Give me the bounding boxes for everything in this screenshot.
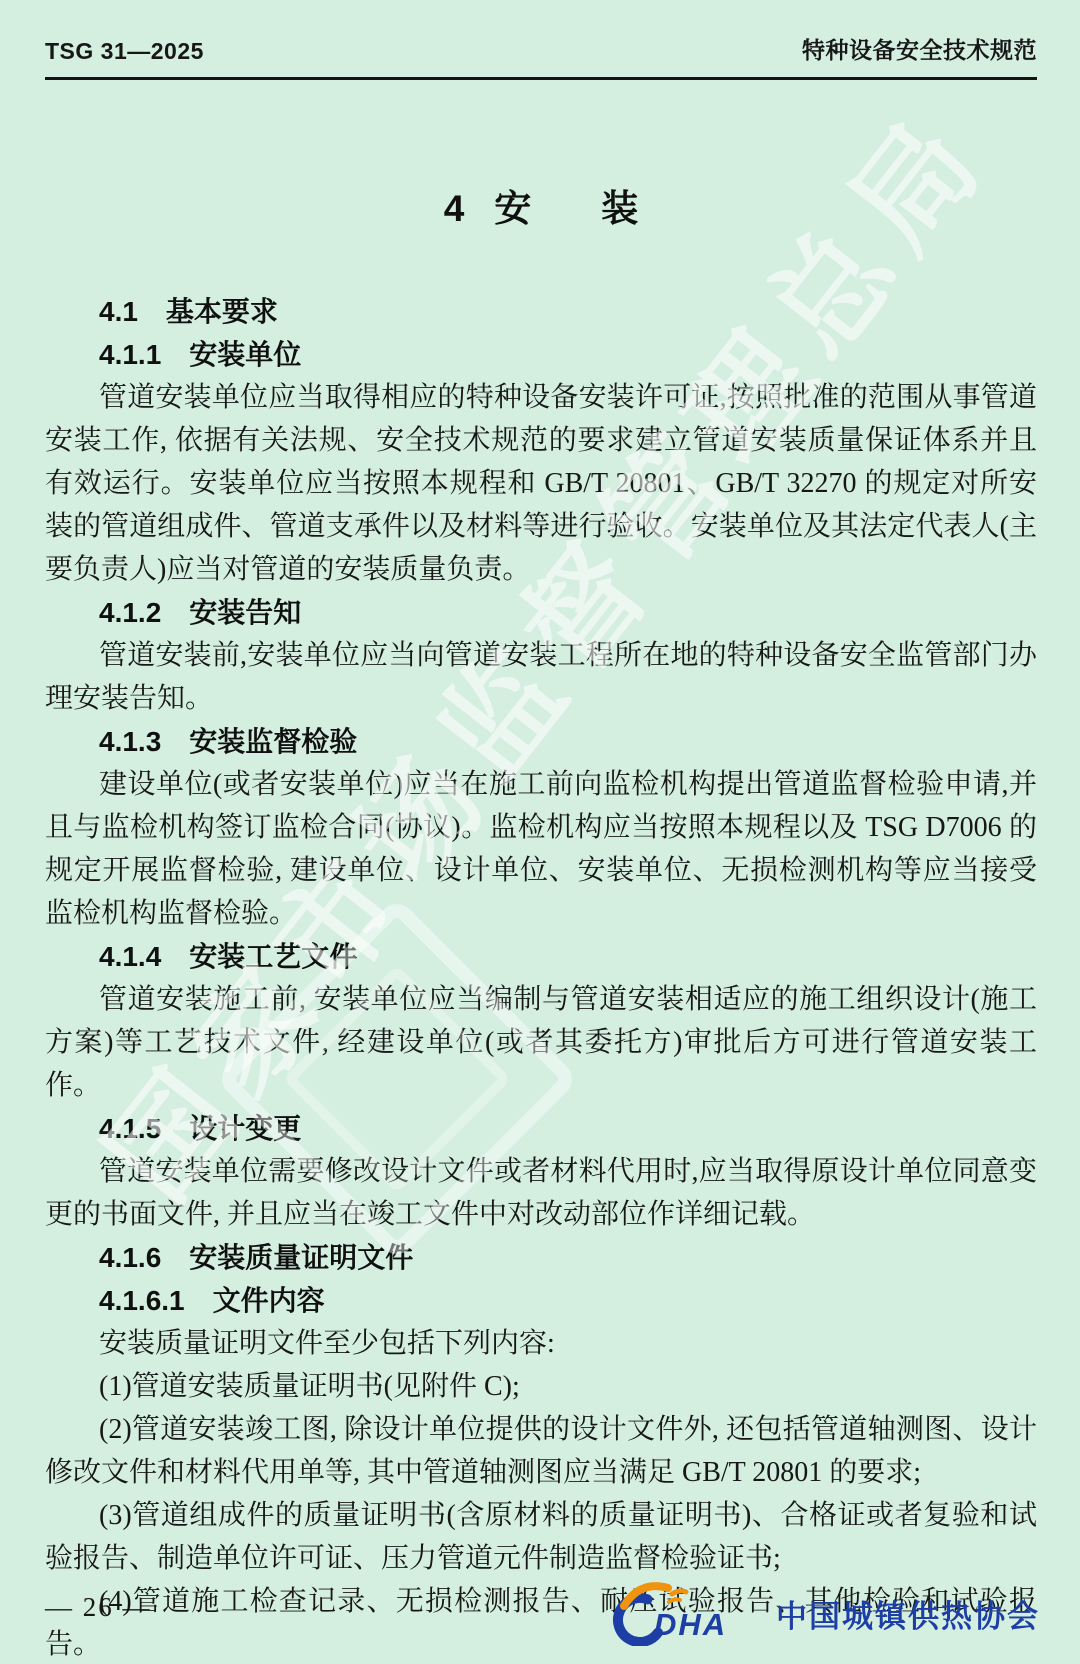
- chapter-number: 4: [444, 188, 465, 230]
- paragraph: 管道安装前,安装单位应当向管道安装工程所在地的特种设备安全监管部门办理安装告知。: [45, 634, 1037, 720]
- paragraph: 管道安装单位需要修改设计文件或者材料代用时,应当取得原设计单位同意变更的书面文件…: [45, 1150, 1037, 1236]
- section-heading: 4.1.5 设计变更: [45, 1107, 1037, 1150]
- paragraph: (3)管道组成件的质量证明书(含原材料的质量证明书)、合格证或者复验和试验报告、…: [45, 1494, 1037, 1580]
- document-page: TSG 31—2025 特种设备安全技术规范 4 安 装 4.1 基本要求4.1…: [0, 0, 1080, 1664]
- section-heading: 4.1.6 安装质量证明文件: [45, 1236, 1037, 1279]
- section-heading: 4.1 基本要求: [45, 290, 1037, 333]
- chapter-title-char-2: 装: [601, 178, 638, 232]
- section-heading: 4.1.4 安装工艺文件: [45, 935, 1037, 978]
- page-header: TSG 31—2025 特种设备安全技术规范: [45, 32, 1037, 80]
- paragraph: 安装质量证明文件至少包括下列内容:: [45, 1322, 1037, 1365]
- header-doc-type: 特种设备安全技术规范: [802, 32, 1037, 65]
- dha-logo-icon: DHA: [610, 1580, 768, 1646]
- chapter-title-char-1: 安: [494, 178, 531, 232]
- document-body: 4 安 装 4.1 基本要求4.1.1 安装单位管道安装单位应当取得相应的特种设…: [45, 80, 1037, 1664]
- section-heading: 4.1.6.1 文件内容: [45, 1279, 1037, 1322]
- paragraph: 管道安装施工前, 安装单位应当编制与管道安装相适应的施工组织设计(施工方案)等工…: [45, 978, 1037, 1107]
- paragraph: 管道安装单位应当取得相应的特种设备安装许可证,按照批准的范围从事管道安装工作, …: [45, 376, 1037, 591]
- association-name: 中国城镇供热协会: [776, 1591, 1040, 1636]
- chapter-title: 4 安 装: [45, 178, 1037, 232]
- header-doc-code: TSG 31—2025: [45, 38, 204, 65]
- association-logo: DHA 中国城镇供热协会: [610, 1580, 1040, 1646]
- paragraph: (2)管道安装竣工图, 除设计单位提供的设计文件外, 还包括管道轴测图、设计修改…: [45, 1408, 1037, 1494]
- section-heading: 4.1.3 安装监督检验: [45, 720, 1037, 763]
- paragraph: 建设单位(或者安装单位)应当在施工前向监检机构提出管道监督检验申请,并且与监检机…: [45, 763, 1037, 935]
- dha-acronym: DHA: [654, 1607, 727, 1642]
- section-heading: 4.1.2 安装告知: [45, 591, 1037, 634]
- section-blocks: 4.1 基本要求4.1.1 安装单位管道安装单位应当取得相应的特种设备安装许可证…: [45, 290, 1037, 1664]
- page-number: — 26 —: [45, 1592, 152, 1623]
- paragraph: (1)管道安装质量证明书(见附件 C);: [45, 1365, 1037, 1408]
- section-heading: 4.1.1 安装单位: [45, 333, 1037, 376]
